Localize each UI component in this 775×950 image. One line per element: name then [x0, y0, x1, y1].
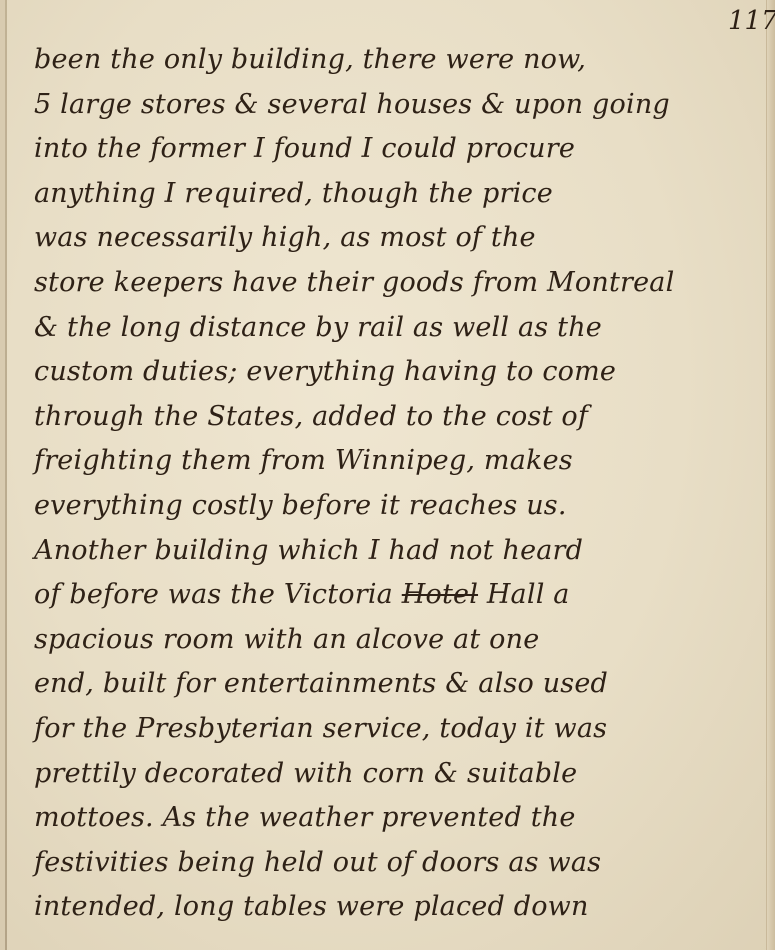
text-line: prettily decorated with corn & suitable	[34, 752, 769, 797]
text-line: intended, long tables were placed down	[34, 885, 769, 930]
binding-margin-line	[5, 0, 7, 950]
page-number: 117	[728, 6, 775, 36]
text-line: 5 large stores & several houses & upon g…	[34, 83, 769, 128]
text-line: custom duties; everything having to come	[34, 350, 769, 395]
text-line: freighting them from Winnipeg, makes	[34, 439, 769, 484]
text-line: Another building which I had not heard	[34, 529, 769, 574]
text-line: through the States, added to the cost of	[34, 395, 769, 440]
struck-word: Hotel	[402, 579, 478, 610]
text-line: been the only building, there were now,	[34, 38, 769, 83]
text-line: into the former I found I could procure	[34, 127, 769, 172]
text-line: festivities being held out of doors as w…	[34, 841, 769, 886]
text-line: spacious room with an alcove at one	[34, 618, 769, 663]
line-text-before: of before was the Victoria	[34, 579, 402, 610]
text-line: & the long distance by rail as well as t…	[34, 306, 769, 351]
text-line-with-strikethrough: of before was the Victoria Hotel Hall a	[34, 573, 769, 618]
text-line: store keepers have their goods from Mont…	[34, 261, 769, 306]
text-line: everything costly before it reaches us.	[34, 484, 769, 529]
text-line: was necessarily high, as most of the	[34, 216, 769, 261]
line-text-after: Hall a	[478, 579, 570, 610]
handwritten-text-body: been the only building, there were now, …	[34, 38, 769, 930]
text-line: anything I required, though the price	[34, 172, 769, 217]
text-line: mottoes. As the weather prevented the	[34, 796, 769, 841]
manuscript-page: 117 been the only building, there were n…	[0, 0, 775, 950]
text-line: end, built for entertainments & also use…	[34, 662, 769, 707]
text-line: for the Presbyterian service, today it w…	[34, 707, 769, 752]
